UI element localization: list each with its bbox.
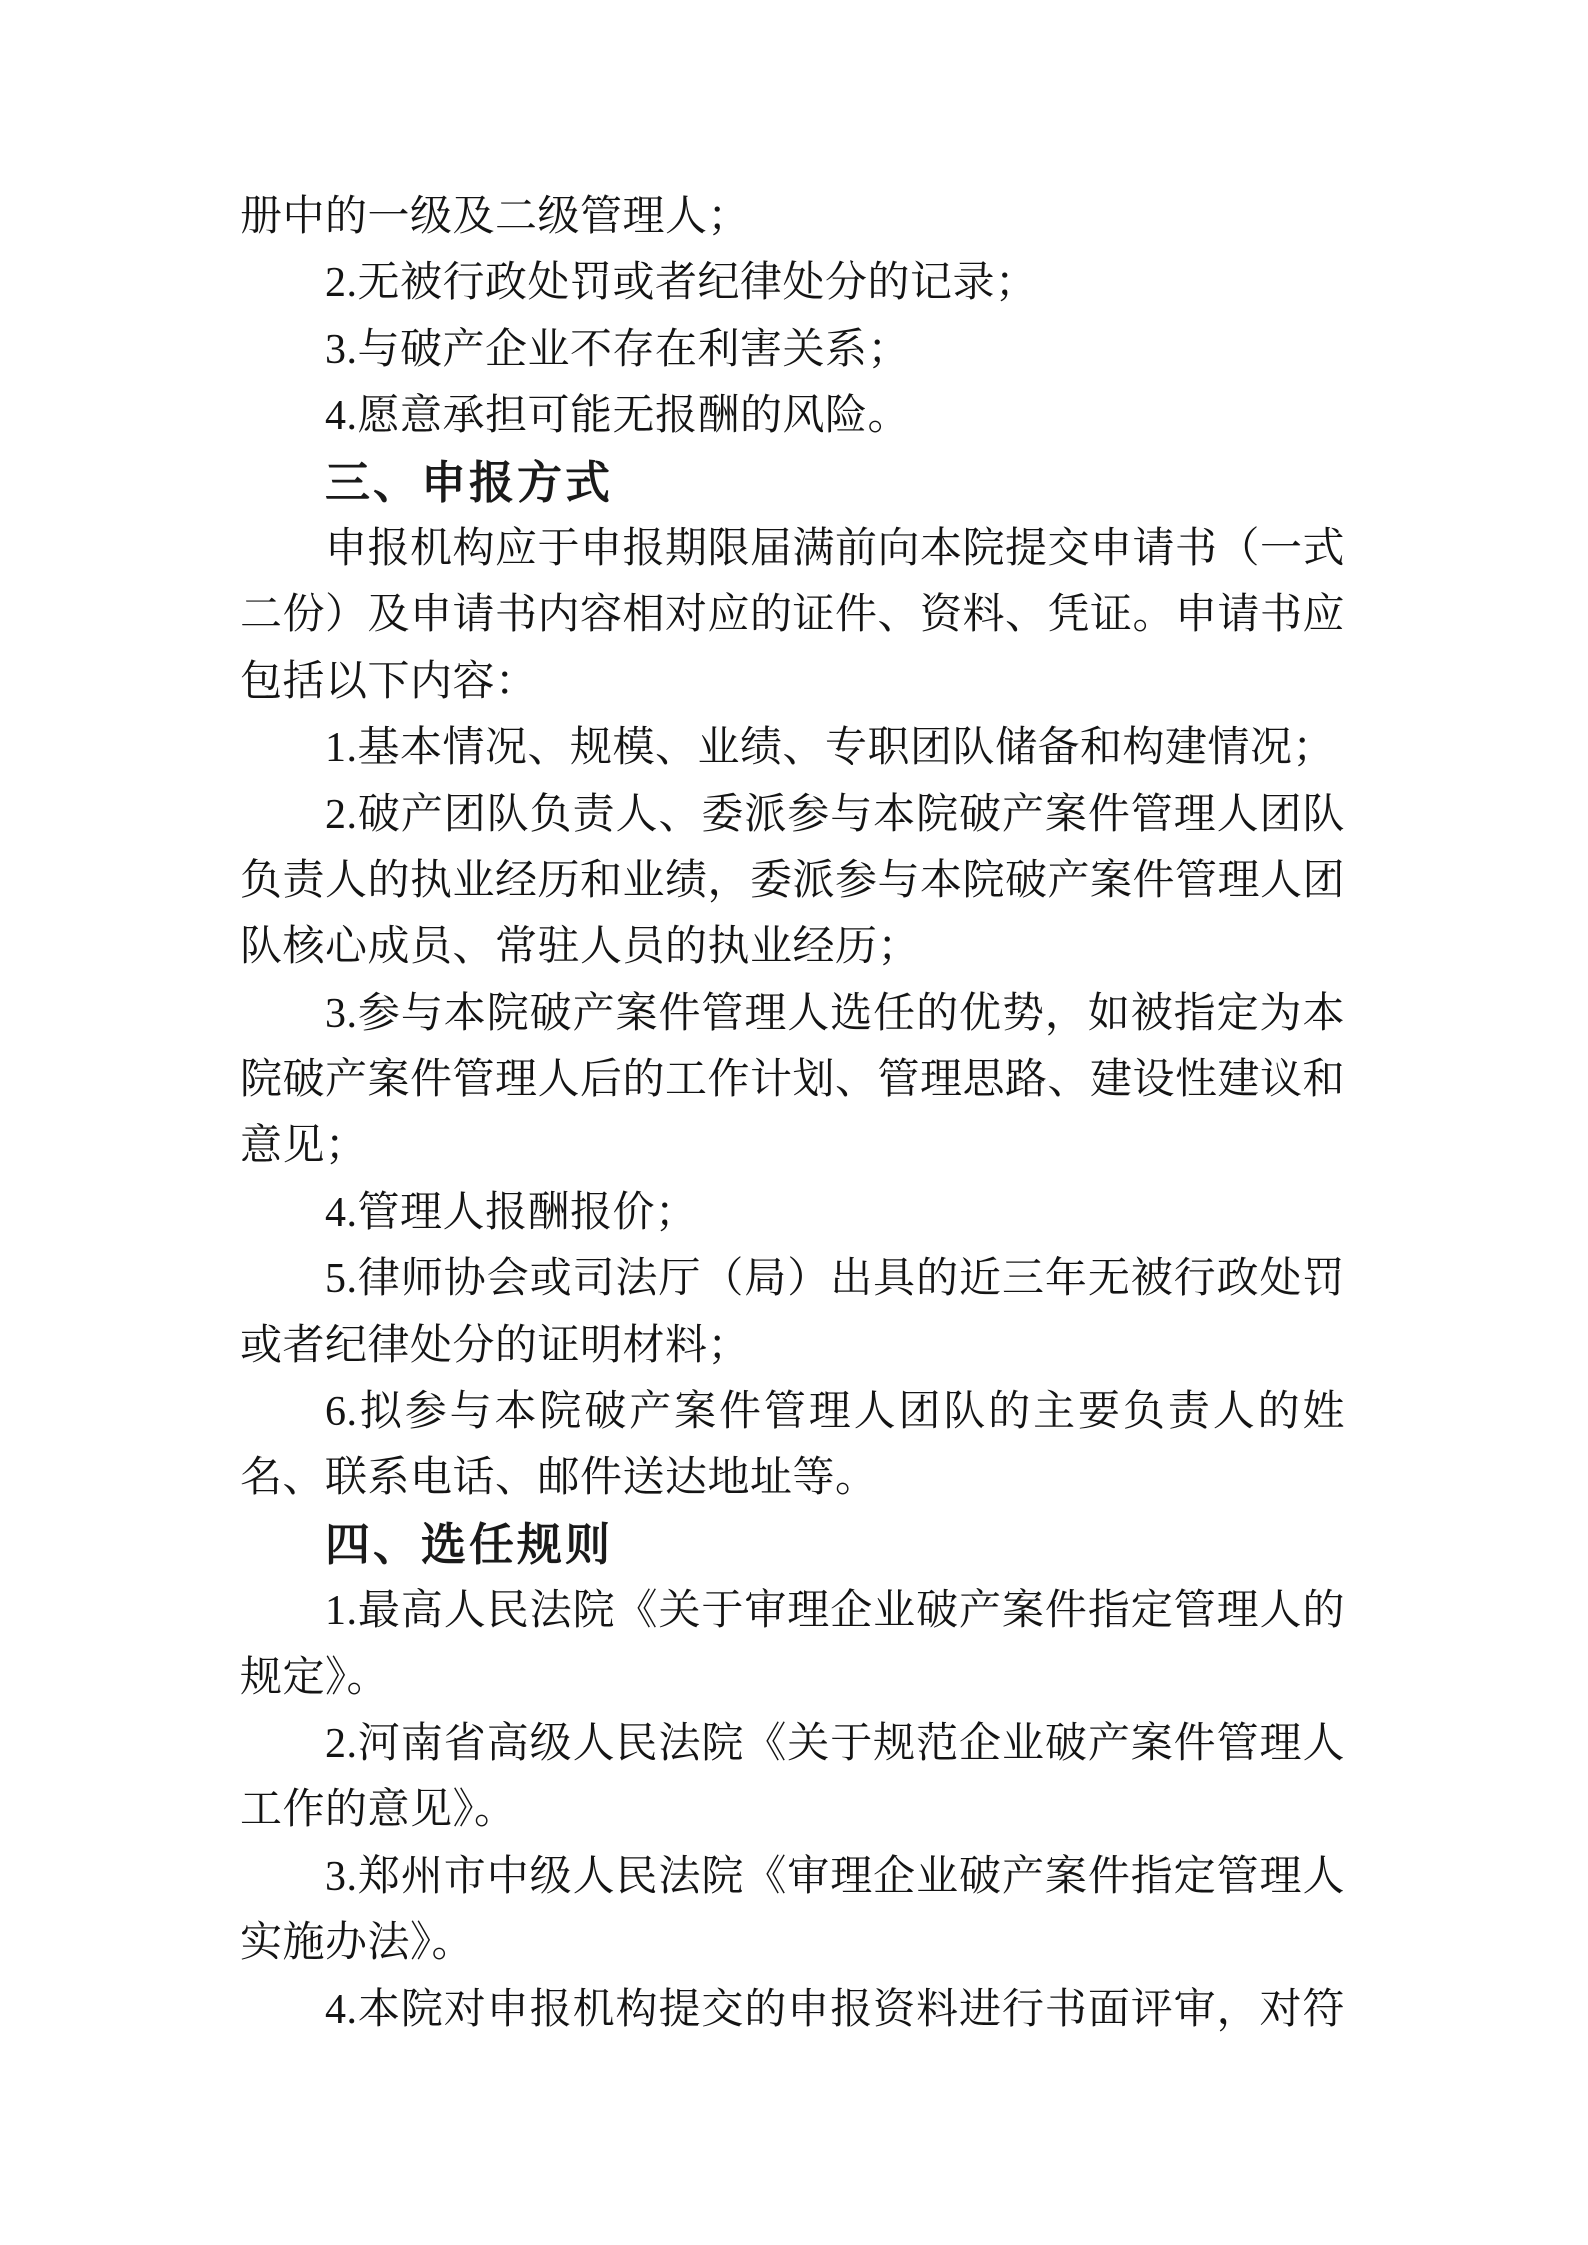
text-line: 3.与破产企业不存在利害关系； — [240, 317, 1345, 383]
document-content: 册中的一级及二级管理人；2.无被行政处罚或者纪律处分的记录；3.与破产企业不存在… — [240, 184, 1345, 2043]
text-line: 2.破产团队负责人、委派参与本院破产案件管理人团队 — [240, 782, 1345, 848]
text-line: 申报机构应于申报期限届满前向本院提交申请书（一式 — [240, 516, 1345, 582]
text-line: 1.最高人民法院《关于审理企业破产案件指定管理人的 — [240, 1578, 1345, 1644]
section-heading: 三、申报方式 — [240, 450, 1345, 516]
text-line: 或者纪律处分的证明材料； — [240, 1313, 1345, 1379]
text-line: 1.基本情况、规模、业绩、专职团队储备和构建情况； — [240, 715, 1345, 781]
text-line: 规定》。 — [240, 1645, 1345, 1711]
text-line: 3.参与本院破产案件管理人选任的优势，如被指定为本 — [240, 981, 1345, 1047]
text-line: 6.拟参与本院破产案件管理人团队的主要负责人的姓 — [240, 1379, 1345, 1445]
text-line: 二份）及申请书内容相对应的证件、资料、凭证。申请书应 — [240, 582, 1345, 648]
text-line: 实施办法》。 — [240, 1910, 1345, 1976]
text-line: 4.管理人报酬报价； — [240, 1180, 1345, 1246]
text-line: 4.本院对申报机构提交的申报资料进行书面评审，对符 — [240, 1977, 1345, 2043]
text-line: 队核心成员、常驻人员的执业经历； — [240, 914, 1345, 980]
text-line: 2.河南省高级人民法院《关于规范企业破产案件管理人 — [240, 1711, 1345, 1777]
section-heading: 四、选任规则 — [240, 1512, 1345, 1578]
text-line: 2.无被行政处罚或者纪律处分的记录； — [240, 250, 1345, 316]
text-line: 意见； — [240, 1113, 1345, 1179]
document-page: 册中的一级及二级管理人；2.无被行政处罚或者纪律处分的记录；3.与破产企业不存在… — [0, 0, 1588, 2245]
text-line: 4.愿意承担可能无报酬的风险。 — [240, 383, 1345, 449]
text-line: 工作的意见》。 — [240, 1777, 1345, 1843]
text-line: 5.律师协会或司法厅（局）出具的近三年无被行政处罚 — [240, 1246, 1345, 1312]
text-line: 册中的一级及二级管理人； — [240, 184, 1345, 250]
text-line: 名、联系电话、邮件送达地址等。 — [240, 1445, 1345, 1511]
text-line: 包括以下内容： — [240, 649, 1345, 715]
text-line: 3.郑州市中级人民法院《审理企业破产案件指定管理人 — [240, 1844, 1345, 1910]
text-line: 院破产案件管理人后的工作计划、管理思路、建设性建议和 — [240, 1047, 1345, 1113]
text-line: 负责人的执业经历和业绩，委派参与本院破产案件管理人团 — [240, 848, 1345, 914]
